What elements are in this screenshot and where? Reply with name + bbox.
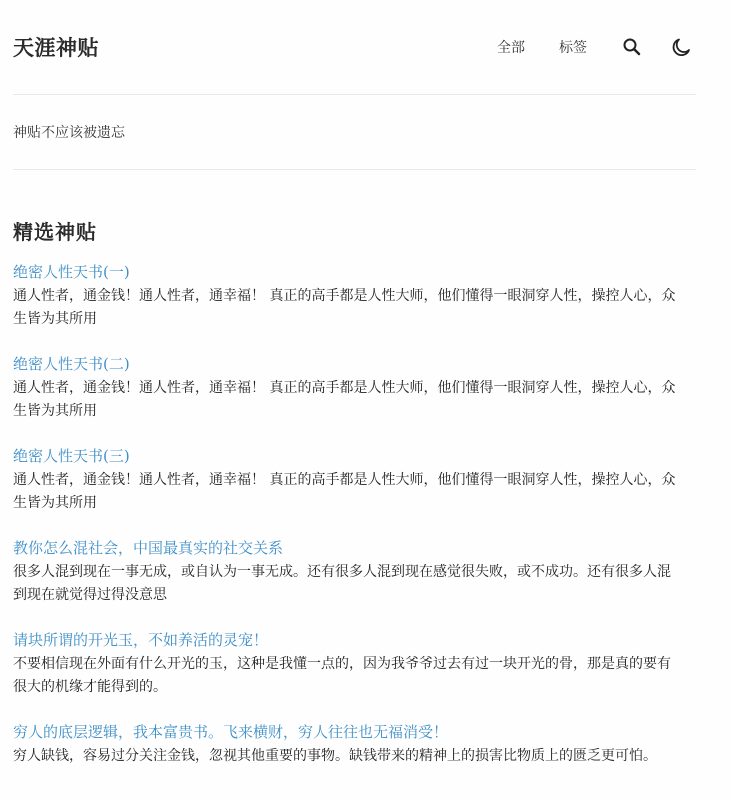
- post-excerpt: 通人性者，通金钱！通人性者，通幸福！ 真正的高手都是人性大师，他们懂得一眼洞穿人…: [13, 377, 678, 423]
- tagline: 神贴不应该被遗忘: [13, 95, 696, 170]
- post-title-link[interactable]: 请块所谓的开光玉，不如养活的灵宠！: [13, 629, 696, 651]
- post-item: 教你怎么混社会，中国最真实的社交关系 很多人混到现在一事无成，或自认为一事无成。…: [13, 537, 696, 607]
- post-item: 请块所谓的开光玉，不如养活的灵宠！ 不要相信现在外面有什么开光的玉，这种是我懂一…: [13, 629, 696, 699]
- post-excerpt: 穷人缺钱，容易过分关注金钱，忽视其他重要的事物。缺钱带来的精神上的损害比物质上的…: [13, 745, 678, 768]
- section-title: 精选神贴: [13, 216, 696, 245]
- post-title-link[interactable]: 穷人的底层逻辑，我本富贵书。飞来横财，穷人往往也无福消受！: [13, 721, 696, 743]
- post-item: 绝密人性天书(二) 通人性者，通金钱！通人性者，通幸福！ 真正的高手都是人性大师…: [13, 353, 696, 423]
- nav-all[interactable]: 全部: [497, 37, 525, 57]
- post-list: 绝密人性天书(一) 通人性者，通金钱！通人性者，通幸福！ 真正的高手都是人性大师…: [13, 261, 696, 768]
- main-nav: 全部 标签: [497, 36, 692, 58]
- post-item: 绝密人性天书(一) 通人性者，通金钱！通人性者，通幸福！ 真正的高手都是人性大师…: [13, 261, 696, 331]
- post-excerpt: 通人性者，通金钱！通人性者，通幸福！ 真正的高手都是人性大师，他们懂得一眼洞穿人…: [13, 285, 678, 331]
- site-header: 天涯神贴 全部 标签: [13, 0, 696, 95]
- search-icon[interactable]: [621, 36, 643, 58]
- post-title-link[interactable]: 绝密人性天书(一): [13, 261, 696, 283]
- site-title[interactable]: 天涯神贴: [13, 32, 99, 62]
- post-item: 穷人的底层逻辑，我本富贵书。飞来横财，穷人往往也无福消受！ 穷人缺钱，容易过分关…: [13, 721, 696, 768]
- moon-icon[interactable]: [670, 36, 692, 58]
- post-title-link[interactable]: 绝密人性天书(三): [13, 445, 696, 467]
- page: 天涯神贴 全部 标签 神贴不应该被遗忘 精选神贴 绝密人性天书(一) 通人性者，…: [13, 0, 696, 768]
- post-title-link[interactable]: 绝密人性天书(二): [13, 353, 696, 375]
- post-excerpt: 通人性者，通金钱！通人性者，通幸福！ 真正的高手都是人性大师，他们懂得一眼洞穿人…: [13, 469, 678, 515]
- post-excerpt: 很多人混到现在一事无成，或自认为一事无成。还有很多人混到现在感觉很失败，或不成功…: [13, 561, 678, 607]
- post-title-link[interactable]: 教你怎么混社会，中国最真实的社交关系: [13, 537, 696, 559]
- nav-tags[interactable]: 标签: [559, 37, 587, 57]
- post-item: 绝密人性天书(三) 通人性者，通金钱！通人性者，通幸福！ 真正的高手都是人性大师…: [13, 445, 696, 515]
- post-excerpt: 不要相信现在外面有什么开光的玉，这种是我懂一点的，因为我爷爷过去有过一块开光的骨…: [13, 653, 678, 699]
